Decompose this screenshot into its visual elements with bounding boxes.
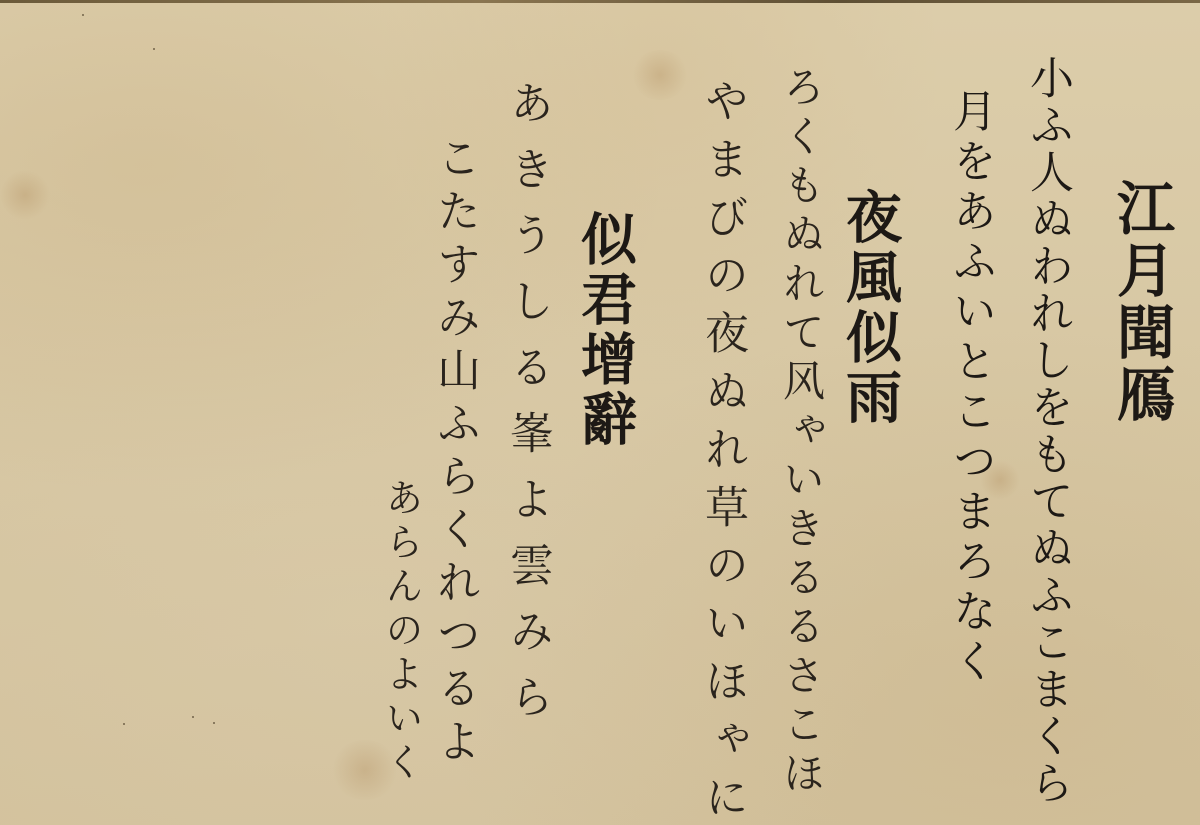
paper-speck (123, 723, 125, 725)
poem-3-line-2: こたすみ山ふらくれつるよ (432, 135, 476, 771)
poem-title-1: 江月聞鴈 (1112, 178, 1170, 426)
mounting-edge (0, 0, 1200, 3)
paper-stain (0, 170, 50, 220)
paper-speck (82, 14, 84, 16)
paper-stain (630, 50, 690, 100)
poem-title-2: 夜風似雨 (842, 188, 898, 428)
paper-speck (192, 716, 194, 718)
poem-1-line-1: 小ふ人ぬわれしをもてぬふこまくら (1025, 55, 1069, 807)
manuscript-sheet: 江月聞鴈 小ふ人ぬわれしをもてぬふこまくら 月をあふいとこつまろなく 夜風似雨 … (0, 0, 1200, 825)
poem-3-line-3: あらんのよいく (382, 478, 420, 786)
poem-2-line-2: やまびの夜ぬれ草のいほゃに (700, 78, 744, 825)
poem-2-line-1: ろくもぬれて风ゃいきるるさこほ (780, 65, 822, 800)
poem-title-3: 似君增辭 (577, 210, 633, 450)
poem-1-line-2: 月をあふいとこつまろなく (948, 88, 992, 688)
poem-3-line-1: あきうしる峯よ雲みら (505, 80, 549, 740)
paper-speck (153, 48, 155, 50)
paper-speck (213, 722, 215, 724)
